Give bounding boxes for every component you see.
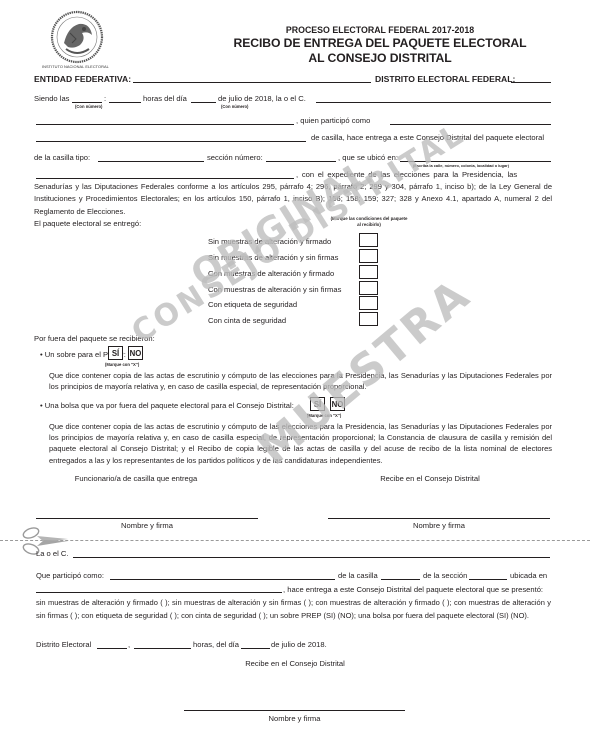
que-se-ubico-label: , que se ubicó en: [338,153,398,162]
condition-label: Con cinta de seguridad [208,316,286,325]
con-numero-hint-2: (Con número) [221,104,248,109]
stub-ubicada-en-label: ubicada en [510,571,547,580]
casilla-tipo-label: de la casilla tipo: [34,153,90,162]
siendo-label: Siendo las [34,94,69,103]
cut-line [0,540,590,541]
bolsa-no-box[interactable]: NO [330,397,345,411]
document-title-line2: AL CONSEJO DISTRITAL [170,51,590,65]
prep-no-box[interactable]: NO [128,346,143,360]
condition-checkbox[interactable] [359,281,378,295]
prep-description: Que dice contener copia de las actas de … [49,370,552,392]
conditions-hint: (Marque las condiciones del paquete al r… [329,216,409,227]
condition-label: Sin muestras de alteración y sin firmas [208,253,338,262]
colon-separator: : [104,94,106,103]
stub-ubicacion-field[interactable] [36,592,282,593]
stub-role-field[interactable] [110,579,335,580]
escriba-hint: (Escriba la calle, número, colonia, loca… [413,163,509,168]
stub-dia-field[interactable] [241,648,270,649]
left-signature-title: Funcionario/a de casilla que entrega [36,474,236,483]
condition-label: Sin muestras de alteración y firmado [208,237,331,246]
stub-signature-line[interactable] [184,710,405,711]
stub-seccion-field[interactable] [469,579,507,580]
condition-checkbox[interactable] [359,265,378,279]
left-signature-line[interactable] [36,518,258,519]
ine-coat-of-arms-logo [46,9,108,67]
ubicacion-field[interactable] [400,161,551,162]
entidad-label: ENTIDAD FEDERATIVA: [34,74,131,84]
condition-checkbox[interactable] [359,233,378,247]
right-nombre-firma: Nombre y firma [328,521,550,530]
ubicacion-field-2[interactable] [36,178,294,179]
right-signature-title: Recibe en el Consejo Distrital [330,474,530,483]
citizen-name-field[interactable] [316,102,551,103]
horas-label: horas del día [143,94,187,103]
conditions-label: El paquete electoral se entregó: [34,219,141,228]
stub-distrito-field[interactable] [97,648,127,649]
hour-field[interactable] [72,102,102,103]
condition-label: Con muestras de alteración y firmado [208,269,334,278]
stub-recibe-title: Recibe en el Consejo Distrital [184,659,406,668]
distrito-label: DISTRITO ELECTORAL FEDERAL: [375,74,515,84]
quien-participo-label: , quien participó como [296,116,370,125]
legal-basis-text: Senadurías y las Diputaciones Federales … [34,181,552,218]
document-title-line1: RECIBO DE ENTREGA DEL PAQUETE ELECTORAL [170,36,590,50]
stub-conditions-text: sin muestras de alteración y firmado ( )… [36,596,551,622]
con-numero-hint-1: (Con número) [75,104,102,109]
seccion-numero-label: sección número: [207,153,263,162]
condition-checkbox[interactable] [359,312,378,326]
seccion-numero-field[interactable] [266,161,336,162]
stub-distrito-label: Distrito Electoral [36,640,91,649]
entidad-field[interactable] [133,82,371,83]
condition-checkbox[interactable] [359,249,378,263]
prep-si-box[interactable]: SÍ [108,346,123,360]
prep-marque-hint: (Marque con "X") [105,362,139,367]
role-field[interactable] [390,124,551,125]
stub-de-la-casilla-label: de la casilla [338,571,378,580]
bolsa-si-box[interactable]: SÍ [310,397,325,411]
stub-hace-entrega-text: , hace entrega a este Consejo Distrital … [283,585,543,594]
stub-que-participo-label: Que participó como: [36,571,104,580]
bolsa-description: Que dice contener copia de las actas de … [49,421,552,466]
bolsa-marque-hint: (Marque con "X") [307,413,341,418]
bolsa-label: • Una bolsa que va por fuera del paquete… [40,401,294,410]
de-casilla-label: de casilla, hace entrega a este Consejo … [311,133,544,142]
outside-label: Por fuera del paquete se recibieron: [34,334,155,343]
institution-name: INSTITUTO NACIONAL ELECTORAL [42,64,109,69]
casilla-tipo-field[interactable] [98,161,204,162]
distrito-field[interactable] [511,82,551,83]
stub-de-la-seccion-label: de la sección [423,571,467,580]
right-signature-line[interactable] [328,518,550,519]
expediente-text: , con el expediente de las elecciones pa… [296,170,517,179]
stub-casilla-field[interactable] [381,579,420,580]
role-field-2[interactable] [36,141,306,142]
condition-label: Con etiqueta de seguridad [208,300,297,309]
watermark-consejo-distrital: CONSEJO DISTRITAL [126,116,472,350]
julio-label: de julio de 2018, la o el C. [218,94,306,103]
stub-julio-label: de julio de 2018. [271,640,327,649]
stub-comma: , [128,640,130,649]
process-title: PROCESO ELECTORAL FEDERAL 2017-2018 [170,25,590,35]
condition-label: Con muestras de alteración y sin firmas [208,285,341,294]
day-field[interactable] [191,102,216,103]
stub-la-o-el-label: La o el C. [36,549,69,558]
minute-field[interactable] [109,102,141,103]
stub-name-field[interactable] [73,557,550,558]
condition-checkbox[interactable] [359,296,378,310]
citizen-name-field-2[interactable] [36,124,294,125]
stub-nombre-firma: Nombre y firma [184,714,405,723]
stub-horas-label: horas, del día [193,640,239,649]
stub-horas-field[interactable] [134,648,191,649]
